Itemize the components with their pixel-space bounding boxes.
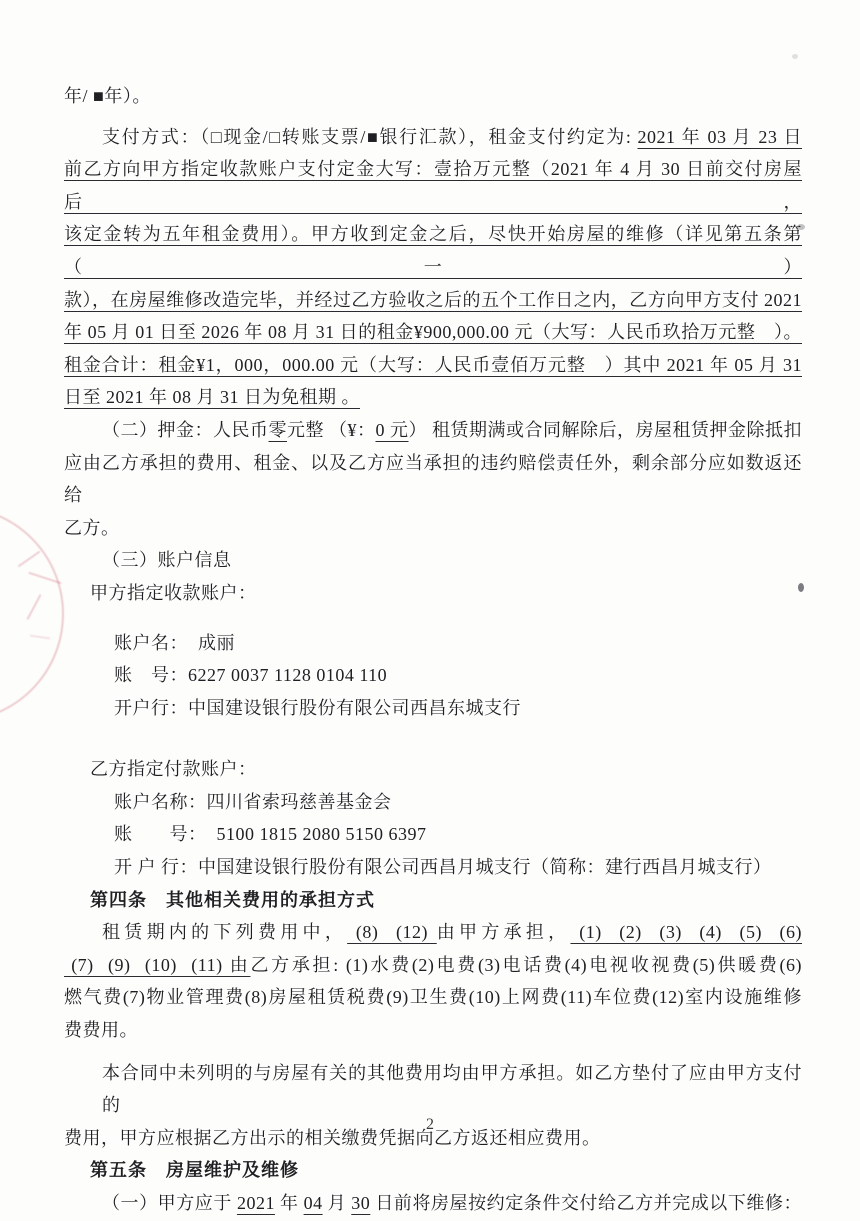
text-line: 费费用。	[64, 1014, 802, 1047]
text-segment: （二）押金：人民币	[102, 420, 269, 440]
filled-blank: 0 元	[376, 420, 409, 440]
text-segment: 租赁期内的下列费用中，	[102, 922, 347, 942]
text-line: 日至 2021 年 08 月 31 日为免租期 。	[64, 381, 802, 414]
text-segment: （一）甲方应于	[102, 1193, 237, 1213]
text-segment: 支付方式：（□现金/□转账支票/■银行汇款），租金支付约定为:	[102, 127, 638, 147]
text-line: 前乙方向甲方指定收款账户支付定金大写：壹拾万元整（2021 年 4 月 30 日…	[64, 153, 802, 218]
text-segment: 乙方指定付款账户：	[90, 759, 257, 779]
text-line: 开 户 行：中国建设银行股份有限公司西昌月城支行（简称：建行西昌月城支行）	[64, 851, 802, 884]
contract-page: 年/ ■年）。支付方式：（□现金/□转账支票/■银行汇款），租金支付约定为: 2…	[0, 0, 860, 1221]
filled-blank: 款），在房屋维修改造完毕，并经过乙方验收之后的五个工作日之内，乙方向甲方支付 2…	[64, 290, 802, 310]
text-segment: 年	[275, 1193, 304, 1213]
text-line: 燃气费(7)物业管理费(8)房屋租赁税费(9)卫生费(10)上网费(11)车位费…	[64, 981, 802, 1014]
text-line: 租赁期内的下列费用中， (8) (12) 由甲方承担， (1) (2) (3) …	[64, 916, 802, 949]
text-line: 乙方指定付款账户：	[64, 753, 802, 786]
page-number: 2	[0, 1116, 860, 1134]
text-segment: 第四条 其他相关费用的承担方式	[90, 890, 375, 910]
text-line: 租金合计：租金¥1，000，000.00 元（大写：人民币壹佰万元整 ）其中 2…	[64, 349, 802, 382]
filled-blank: 该定金转为五年租金费用）。甲方收到定金之后，尽快开始房屋的维修（详见第五条第（一…	[64, 224, 802, 277]
text-line: 年 05 月 01 日至 2026 年 08 月 31 日的租金¥900,000…	[64, 316, 802, 349]
filled-blank: 30	[351, 1193, 370, 1213]
filled-blank: 2021 年 03 月 23 日	[638, 127, 803, 147]
text-segment: 账户名： 成丽	[114, 633, 235, 653]
text-line: 应由乙方承担的费用、租金、以及乙方应当承担的违约赔偿责任外，剩余部分应如数返还给	[64, 447, 802, 512]
text-segment: 费费用。	[64, 1020, 138, 1040]
text-line: 账户名： 成丽	[64, 627, 802, 660]
text-line: （三）账户信息	[64, 544, 802, 577]
text-segment: 开 户 行：中国建设银行股份有限公司西昌月城支行（简称：建行西昌月城支行）	[114, 857, 772, 877]
filled-blank: 租金合计：租金¥1，000，000.00 元（大写：人民币壹佰万元整 ）其中 2…	[64, 355, 802, 375]
text-line: 本合同中未列明的与房屋有关的其他费用均由甲方承担。如乙方垫付了应由甲方支付的	[64, 1057, 802, 1122]
text-segment: 本合同中未列明的与房屋有关的其他费用均由甲方承担。如乙方垫付了应由甲方支付的	[102, 1063, 802, 1116]
section-heading: 第五条 房屋维护及维修	[64, 1154, 802, 1187]
text-segment: 乙方承担: (1)水费(2)电费(3)电话费(4)电视收视费(5)供暖费(6)	[250, 955, 802, 975]
text-line: 年/ ■年）。	[64, 80, 802, 113]
text-line: 支付方式：（□现金/□转账支票/■银行汇款），租金支付约定为: 2021 年 0…	[64, 121, 802, 154]
red-seal-edge-artifact	[0, 506, 64, 722]
text-line: 款），在房屋维修改造完毕，并经过乙方验收之后的五个工作日之内，乙方向甲方支付 2…	[64, 284, 802, 317]
text-segment: 乙方。	[64, 518, 120, 538]
text-segment: 第五条 房屋维护及维修	[90, 1160, 299, 1180]
text-segment: 甲方指定收款账户：	[90, 583, 257, 603]
text-segment: 日前将房屋按约定条件交付给乙方并完成以下维修：	[370, 1193, 802, 1213]
document-body: 年/ ■年）。支付方式：（□现金/□转账支票/■银行汇款），租金支付约定为: 2…	[64, 80, 802, 1220]
text-line: 账户名称：四川省索玛慈善基金会	[64, 786, 802, 819]
section-heading: 第四条 其他相关费用的承担方式	[64, 884, 802, 917]
text-line: （二）押金：人民币零元整 （¥：0 元） 租赁期满或合同解除后，房屋租赁押金除抵…	[64, 414, 802, 447]
text-line: 该定金转为五年租金费用）。甲方收到定金之后，尽快开始房屋的维修（详见第五条第（一…	[64, 218, 802, 283]
text-segment: 账户名称：四川省索玛慈善基金会	[114, 792, 392, 812]
text-line: 乙方。	[64, 512, 802, 545]
text-line: （一）甲方应于 2021 年 04 月 30 日前将房屋按约定条件交付给乙方并完…	[64, 1187, 802, 1220]
filled-blank: 04	[304, 1193, 323, 1213]
filled-blank: 日至 2021 年 08 月 31 日为免租期 。	[64, 387, 360, 407]
text-segment: ） 租赁期满或合同解除后，房屋租赁押金除抵扣	[409, 420, 803, 440]
text-segment: 账 号： 5100 1815 2080 5150 6397	[114, 824, 427, 844]
text-line: 开户行：中国建设银行股份有限公司西昌东城支行	[64, 692, 802, 725]
filled-blank: 前乙方向甲方指定收款账户支付定金大写：壹拾万元整（2021 年 4 月 30 日…	[64, 159, 802, 212]
text-line: 账 号：6227 0037 1128 0104 110	[64, 659, 802, 692]
text-segment: 账 号：6227 0037 1128 0104 110	[114, 665, 387, 685]
filled-blank: 2021	[237, 1193, 275, 1213]
text-line: 甲方指定收款账户：	[64, 577, 802, 610]
text-segment: 元整 （¥：	[287, 420, 376, 440]
filled-blank: (1) (2) (3) (4) (5) (6)	[570, 922, 802, 942]
filled-blank: (7) (9) (10) (11) 由	[64, 955, 250, 975]
text-segment: 燃气费(7)物业管理费(8)房屋租赁税费(9)卫生费(10)上网费(11)车位费…	[64, 987, 802, 1007]
text-segment: 由甲方承担，	[437, 922, 571, 942]
text-segment: 应由乙方承担的费用、租金、以及乙方应当承担的违约赔偿责任外，剩余部分应如数返还给	[64, 453, 802, 506]
text-segment: 开户行：中国建设银行股份有限公司西昌东城支行	[114, 698, 521, 718]
text-segment: 月	[323, 1193, 352, 1213]
text-line: 账 号： 5100 1815 2080 5150 6397	[64, 818, 802, 851]
text-segment: 年/ ■年）。	[64, 86, 151, 106]
filled-blank: 零	[269, 420, 288, 440]
text-segment: （三）账户信息	[102, 550, 232, 570]
filled-blank: (8) (12)	[347, 922, 437, 942]
scan-speck	[792, 54, 798, 59]
filled-blank: 年 05 月 01 日至 2026 年 08 月 31 日的租金¥900,000…	[64, 322, 802, 342]
text-line: (7) (9) (10) (11) 由乙方承担: (1)水费(2)电费(3)电话…	[64, 949, 802, 982]
